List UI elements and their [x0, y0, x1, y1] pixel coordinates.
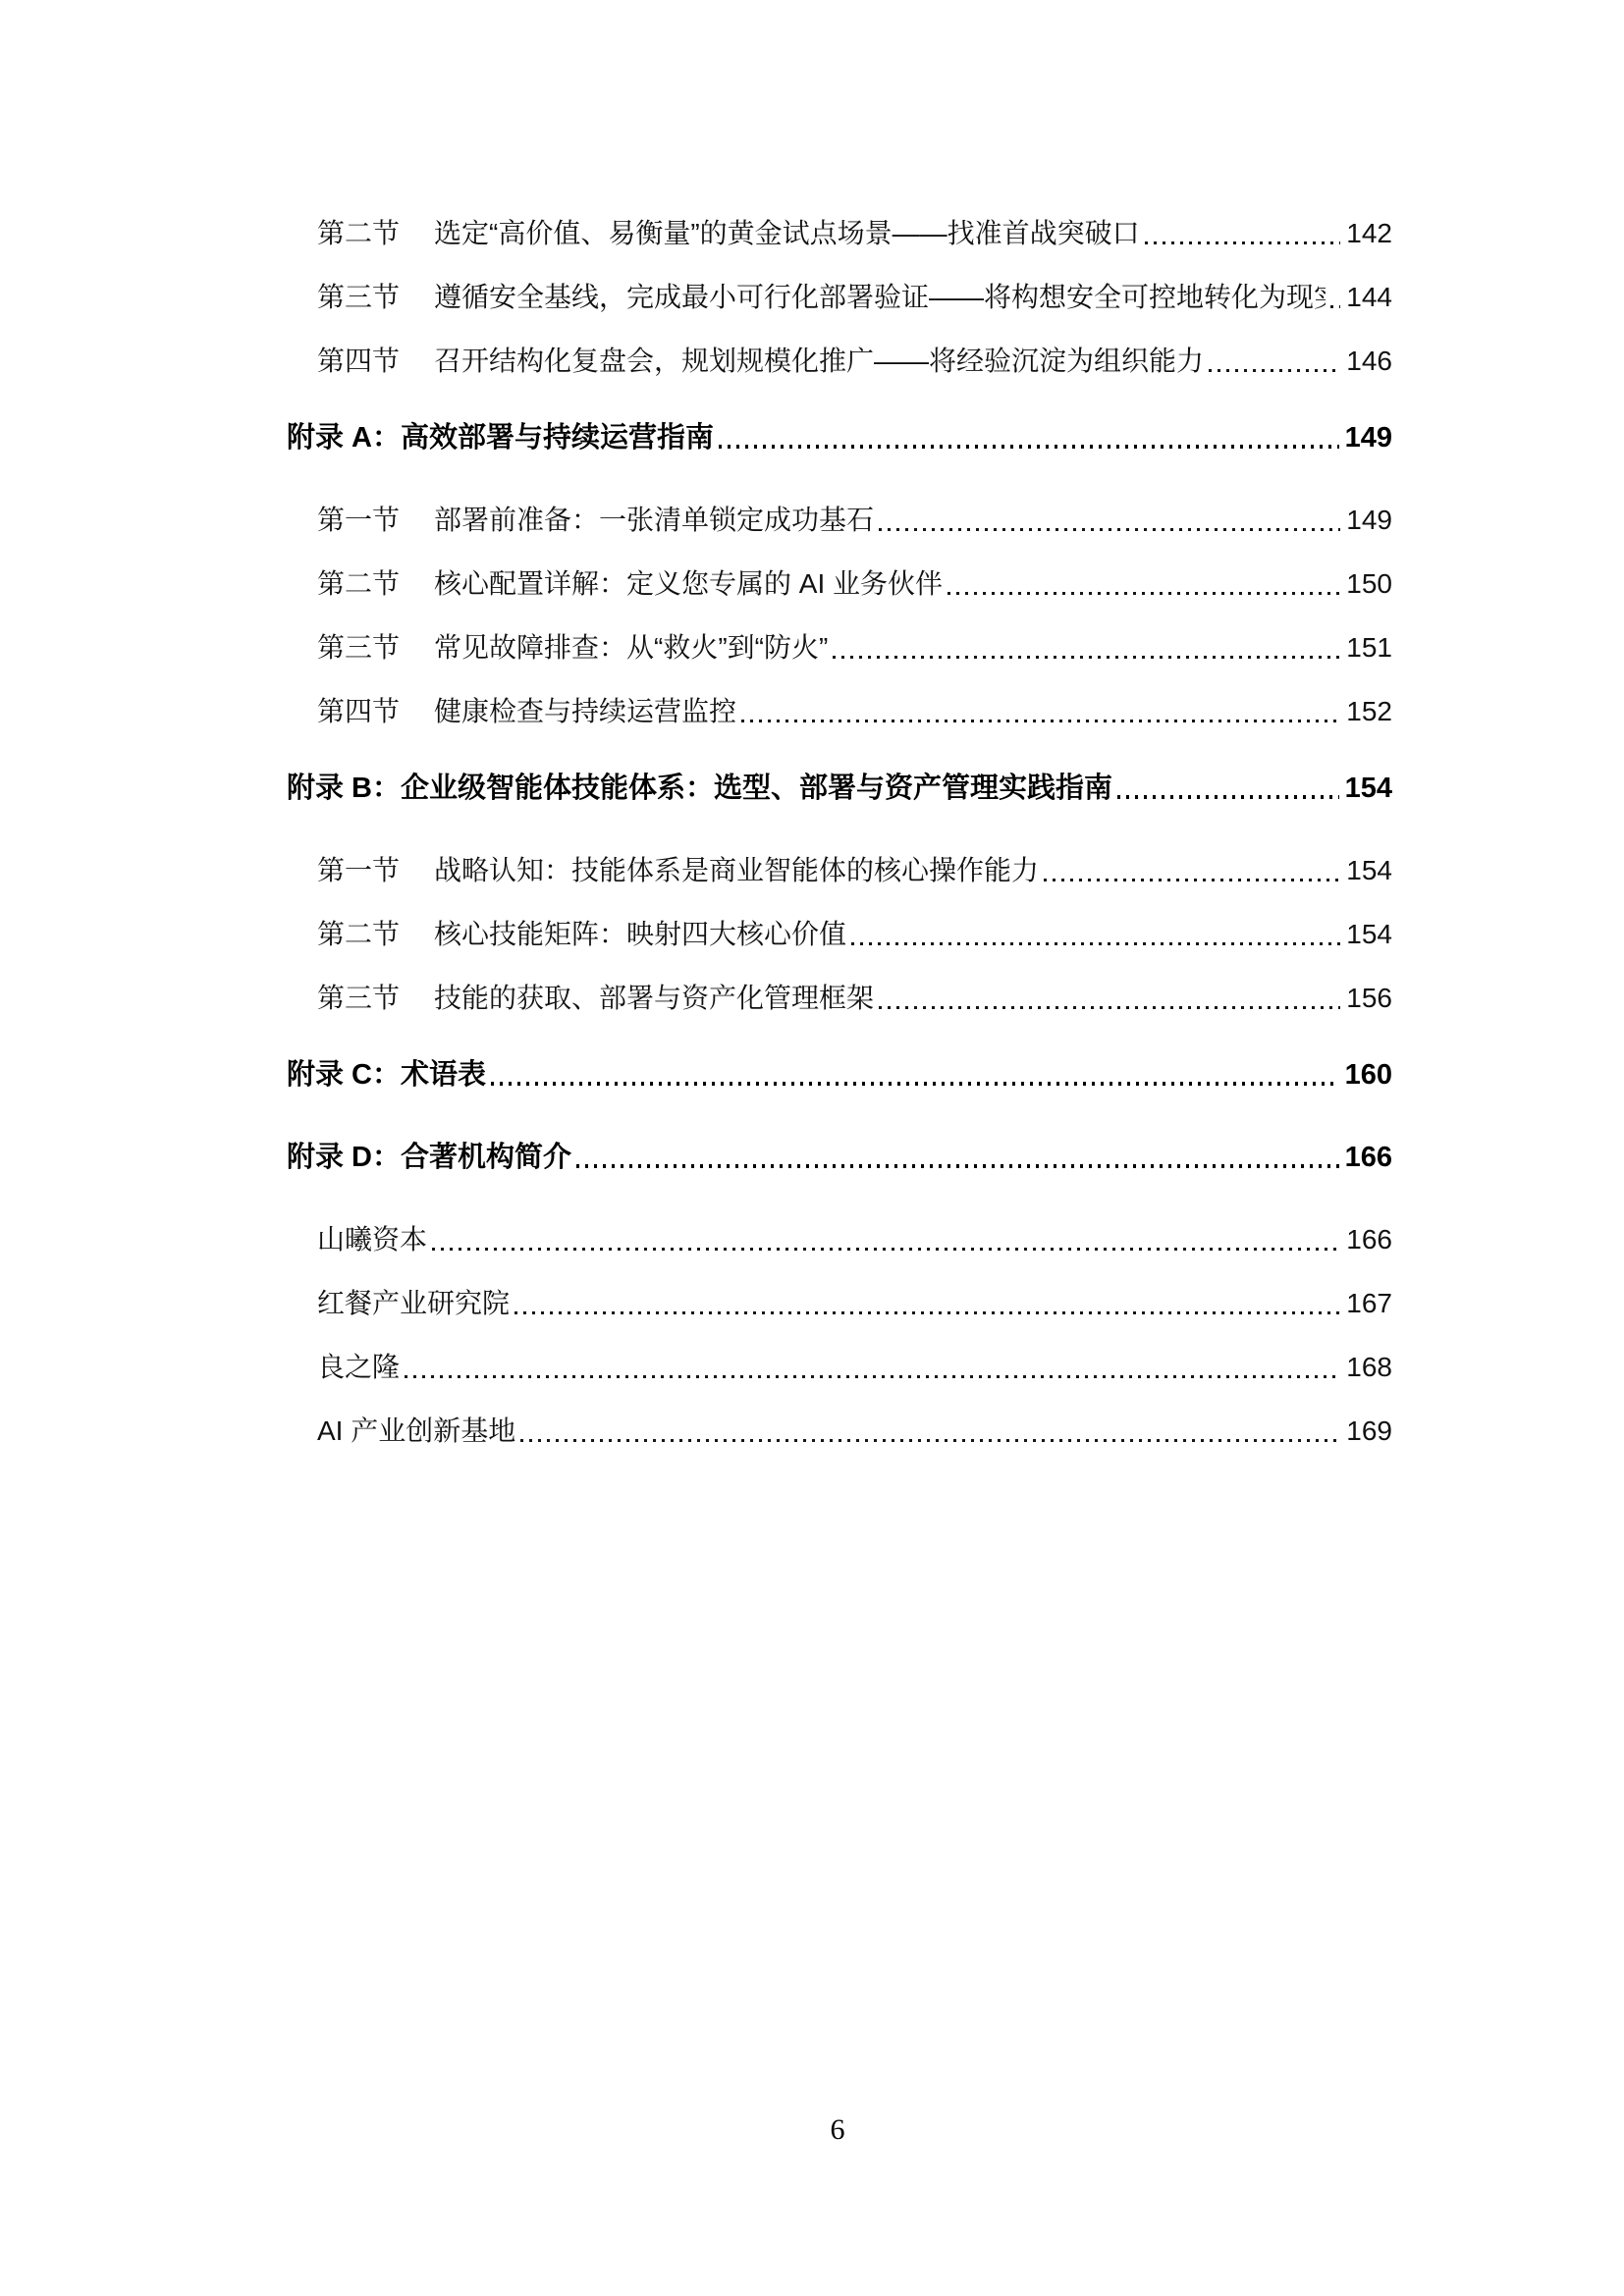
toc-entry-page-number: 154	[1346, 915, 1392, 954]
dot-leader	[851, 915, 1340, 954]
table-of-contents: 第二节 选定“高价值、易衡量”的黄金试点场景——找准首战突破口 142 第三节 …	[287, 0, 1392, 1451]
toc-entry-title: 附录 C：术语表	[287, 1055, 486, 1095]
dot-leader	[432, 1220, 1340, 1259]
toc-entry-page-number: 168	[1346, 1348, 1392, 1387]
dot-leader	[879, 979, 1340, 1018]
toc-entry[interactable]: 第四节 健康检查与持续运营监控 152	[287, 692, 1392, 731]
toc-entry-section-label: 第一节	[317, 851, 396, 890]
dot-leader	[879, 501, 1340, 540]
toc-entry-page-number: 149	[1345, 418, 1392, 457]
toc-entry-title: 良之隆	[317, 1348, 400, 1387]
toc-entry-page-number: 142	[1346, 214, 1392, 253]
toc-entry-title: 附录 B：企业级智能体技能体系：选型、部署与资产管理实践指南	[287, 769, 1112, 808]
toc-entry-title: 战略认知：技能体系是商业智能体的核心操作能力	[434, 851, 1039, 890]
toc-entry[interactable]: 第三节 遵循安全基线，完成最小可行化部署验证——将构想安全可控地转化为现实 14…	[287, 278, 1392, 317]
toc-entry-title: 附录 A：高效部署与持续运营指南	[287, 418, 714, 457]
document-page: 第二节 选定“高价值、易衡量”的黄金试点场景——找准首战突破口 142 第三节 …	[0, 0, 1624, 2296]
dot-leader	[741, 692, 1340, 731]
toc-entry-title: 技能的获取、部署与资产化管理框架	[434, 979, 874, 1018]
dot-leader	[1330, 278, 1340, 317]
toc-entry-page-number: 156	[1346, 979, 1392, 1018]
toc-entry-section-label: 第四节	[317, 692, 396, 731]
toc-entry[interactable]: AI 产业创新基地 169	[287, 1412, 1392, 1451]
toc-entry[interactable]: 第三节 技能的获取、部署与资产化管理框架 156	[287, 979, 1392, 1018]
dot-leader	[405, 1348, 1340, 1387]
toc-entry-section-label: 第一节	[317, 501, 396, 540]
toc-entry-section-label: 第三节	[317, 628, 396, 667]
toc-entry-section-label: 第二节	[317, 915, 396, 954]
toc-entry-page-number: 150	[1346, 564, 1392, 604]
toc-entry-page-number: 166	[1345, 1138, 1392, 1177]
toc-entry-page-number: 154	[1345, 769, 1392, 808]
toc-entry[interactable]: 附录 D：合著机构简介 166	[287, 1138, 1392, 1177]
toc-entry-title: AI 产业创新基地	[317, 1412, 515, 1451]
dot-leader	[947, 564, 1340, 604]
dot-leader	[491, 1055, 1339, 1095]
page-number: 6	[831, 2112, 845, 2148]
dot-leader	[576, 1138, 1339, 1177]
toc-entry-title: 健康检查与持续运营监控	[434, 692, 736, 731]
dot-leader	[514, 1284, 1340, 1323]
toc-entry[interactable]: 附录 A：高效部署与持续运营指南 149	[287, 418, 1392, 457]
toc-entry-section-label: 第三节	[317, 979, 396, 1018]
toc-entry-page-number: 152	[1346, 692, 1392, 731]
dot-leader	[1044, 851, 1340, 890]
dot-leader	[1145, 214, 1341, 253]
toc-entry-page-number: 149	[1346, 501, 1392, 540]
dot-leader	[1209, 342, 1340, 381]
dot-leader	[520, 1412, 1340, 1451]
toc-entry-page-number: 166	[1346, 1220, 1392, 1259]
toc-entry-title: 常见故障排查：从“救火”到“防火”	[434, 628, 828, 667]
toc-entry-title: 选定“高价值、易衡量”的黄金试点场景——找准首战突破口	[434, 214, 1140, 253]
toc-entry-page-number: 169	[1346, 1412, 1392, 1451]
dot-leader	[1117, 769, 1339, 808]
toc-entry[interactable]: 山曦资本 166	[287, 1220, 1392, 1259]
toc-entry[interactable]: 第三节 常见故障排查：从“救火”到“防火” 151	[287, 628, 1392, 667]
toc-entry-page-number: 151	[1346, 628, 1392, 667]
toc-entry[interactable]: 附录 B：企业级智能体技能体系：选型、部署与资产管理实践指南 154	[287, 769, 1392, 808]
toc-entry[interactable]: 附录 C：术语表 160	[287, 1055, 1392, 1095]
toc-entry-title: 召开结构化复盘会，规划规模化推广——将经验沉淀为组织能力	[434, 342, 1204, 381]
toc-entry-section-label: 第四节	[317, 342, 396, 381]
toc-entry-title: 附录 D：合著机构简介	[287, 1138, 571, 1177]
toc-entry-title: 山曦资本	[317, 1220, 427, 1259]
toc-entry-page-number: 144	[1346, 278, 1392, 317]
toc-entry-section-label: 第三节	[317, 278, 396, 317]
toc-entry-page-number: 167	[1346, 1284, 1392, 1323]
toc-entry-page-number: 146	[1346, 342, 1392, 381]
dot-leader	[833, 628, 1340, 667]
toc-entry-page-number: 154	[1346, 851, 1392, 890]
toc-entry[interactable]: 良之隆 168	[287, 1348, 1392, 1387]
toc-entry[interactable]: 第一节 部署前准备：一张清单锁定成功基石 149	[287, 501, 1392, 540]
toc-entry[interactable]: 第二节 核心技能矩阵：映射四大核心价值 154	[287, 915, 1392, 954]
toc-entry-section-label: 第二节	[317, 214, 396, 253]
toc-entry-title: 核心技能矩阵：映射四大核心价值	[434, 915, 846, 954]
toc-entry-title: 遵循安全基线，完成最小可行化部署验证——将构想安全可控地转化为现实	[434, 278, 1326, 317]
toc-entry-section-label: 第二节	[317, 564, 396, 604]
toc-entry[interactable]: 第二节 核心配置详解：定义您专属的 AI 业务伙伴 150	[287, 564, 1392, 604]
toc-entry[interactable]: 第二节 选定“高价值、易衡量”的黄金试点场景——找准首战突破口 142	[287, 214, 1392, 253]
toc-entry-title: 红餐产业研究院	[317, 1284, 510, 1323]
dot-leader	[719, 418, 1339, 457]
toc-entry[interactable]: 第一节 战略认知：技能体系是商业智能体的核心操作能力 154	[287, 851, 1392, 890]
toc-entry-title: 部署前准备：一张清单锁定成功基石	[434, 501, 874, 540]
toc-entry[interactable]: 第四节 召开结构化复盘会，规划规模化推广——将经验沉淀为组织能力 146	[287, 342, 1392, 381]
toc-entry-page-number: 160	[1345, 1055, 1392, 1095]
toc-entry[interactable]: 红餐产业研究院 167	[287, 1284, 1392, 1323]
toc-entry-title: 核心配置详解：定义您专属的 AI 业务伙伴	[434, 564, 943, 604]
